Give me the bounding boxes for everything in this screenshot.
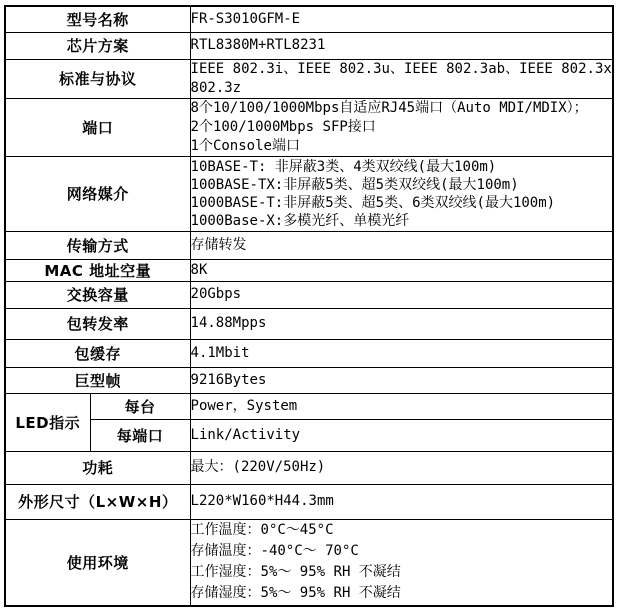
table-row: 包缓存 4.1Mbit	[5, 339, 613, 367]
label-led-indicator: LED指示	[5, 393, 90, 451]
value-line: 最大：(220V/50Hz)	[191, 458, 613, 477]
value-line: 8K	[191, 261, 613, 280]
table-row: 每端口 Link/Activity	[5, 419, 613, 451]
value-chipset: RTL8380M+RTL8231	[190, 32, 613, 59]
value-line: L220*W160*H44.3mm	[191, 492, 613, 511]
value-line: 10BASE-T: 非屏蔽3类、4类双绞线(最大100m)	[191, 158, 613, 176]
value-ports: 8个10/100/1000Mbps自适应RJ45端口（Auto MDI/MDIX…	[190, 98, 613, 156]
table-row: 型号名称 FR-S3010GFM-E	[5, 6, 613, 32]
value-line: 工作湿度：5%～ 95% RH 不凝结	[191, 562, 613, 583]
table-row: 巨型帧 9216Bytes	[5, 367, 613, 393]
value-line: 1个Console端口	[191, 137, 613, 156]
value-model-name: FR-S3010GFM-E	[190, 6, 613, 32]
table-row: 外形尺寸（L×W×H） L220*W160*H44.3mm	[5, 484, 613, 519]
table-row: 包转发率 14.88Mpps	[5, 308, 613, 339]
value-line: 802.3z	[191, 79, 613, 98]
value-line: 工作温度：0°C～45°C	[191, 520, 613, 541]
value-line: 8个10/100/1000Mbps自适应RJ45端口（Auto MDI/MDIX…	[191, 99, 613, 118]
value-line: 4.1Mbit	[191, 344, 613, 363]
value-packet-buffer: 4.1Mbit	[190, 339, 613, 367]
table-row: 芯片方案 RTL8380M+RTL8231	[5, 32, 613, 59]
spec-table: 型号名称 FR-S3010GFM-E 芯片方案 RTL8380M+RTL8231…	[4, 5, 614, 607]
value-line: 1000Base-X:多模光纤、单模光纤	[191, 212, 613, 230]
value-line: 100BASE-TX:非屏蔽5类、超5类双绞线(最大100m)	[191, 176, 613, 194]
value-switching-capacity: 20Gbps	[190, 281, 613, 308]
table-row: 网络媒介 10BASE-T: 非屏蔽3类、4类双绞线(最大100m) 100BA…	[5, 156, 613, 231]
value-line: 9216Bytes	[191, 371, 613, 390]
label-packet-buffer: 包缓存	[5, 339, 190, 367]
value-operating-environment: 工作温度：0°C～45°C 存储温度：-40°C～ 70°C 工作湿度：5%～ …	[190, 519, 613, 606]
table-row: 标准与协议 IEEE 802.3i、IEEE 802.3u、IEEE 802.3…	[5, 59, 613, 98]
value-mac-address-space: 8K	[190, 259, 613, 281]
value-line: 14.88Mpps	[191, 314, 613, 333]
value-line: Power，System	[191, 397, 613, 416]
label-switching-capacity: 交换容量	[5, 281, 190, 308]
value-line: 存储湿度：5%～ 95% RH 不凝结	[191, 583, 613, 604]
value-led-per-port: Link/Activity	[190, 419, 613, 451]
table-row: 端口 8个10/100/1000Mbps自适应RJ45端口（Auto MDI/M…	[5, 98, 613, 156]
value-led-per-unit: Power，System	[190, 393, 613, 419]
spec-sheet: 型号名称 FR-S3010GFM-E 芯片方案 RTL8380M+RTL8231…	[0, 0, 618, 611]
label-power-consumption: 功耗	[5, 451, 190, 484]
label-standards: 标准与协议	[5, 59, 190, 98]
value-line: RTL8380M+RTL8231	[191, 36, 613, 55]
value-line: Link/Activity	[191, 426, 613, 445]
value-line: 20Gbps	[191, 285, 613, 304]
value-jumbo-frame: 9216Bytes	[190, 367, 613, 393]
label-led-per-unit: 每台	[90, 393, 190, 419]
table-row: 传输方式 存储转发	[5, 231, 613, 259]
table-row: 使用环境 工作温度：0°C～45°C 存储温度：-40°C～ 70°C 工作湿度…	[5, 519, 613, 606]
value-dimensions: L220*W160*H44.3mm	[190, 484, 613, 519]
value-network-media: 10BASE-T: 非屏蔽3类、4类双绞线(最大100m) 100BASE-TX…	[190, 156, 613, 231]
value-standards: IEEE 802.3i、IEEE 802.3u、IEEE 802.3ab、IEE…	[190, 59, 613, 98]
label-mac-address-space: MAC 地址空量	[5, 259, 190, 281]
value-line: FR-S3010GFM-E	[191, 10, 613, 29]
value-line: 2个100/1000Mbps SFP接口	[191, 118, 613, 137]
label-jumbo-frame: 巨型帧	[5, 367, 190, 393]
value-power-consumption: 最大：(220V/50Hz)	[190, 451, 613, 484]
table-row: LED指示 每台 Power，System	[5, 393, 613, 419]
label-network-media: 网络媒介	[5, 156, 190, 231]
value-line: 1000BASE-T:非屏蔽5类、超5类、6类双绞线(最大100m)	[191, 194, 613, 212]
label-forwarding-mode: 传输方式	[5, 231, 190, 259]
value-line: 存储转发	[191, 236, 613, 255]
table-row: 交换容量 20Gbps	[5, 281, 613, 308]
label-packet-forwarding-rate: 包转发率	[5, 308, 190, 339]
value-forwarding-mode: 存储转发	[190, 231, 613, 259]
value-line: IEEE 802.3i、IEEE 802.3u、IEEE 802.3ab、IEE…	[191, 60, 613, 79]
label-operating-environment: 使用环境	[5, 519, 190, 606]
value-packet-forwarding-rate: 14.88Mpps	[190, 308, 613, 339]
table-row: 功耗 最大：(220V/50Hz)	[5, 451, 613, 484]
label-chipset: 芯片方案	[5, 32, 190, 59]
table-row: MAC 地址空量 8K	[5, 259, 613, 281]
label-led-per-port: 每端口	[90, 419, 190, 451]
label-ports: 端口	[5, 98, 190, 156]
value-line: 存储温度：-40°C～ 70°C	[191, 541, 613, 562]
label-dimensions: 外形尺寸（L×W×H）	[5, 484, 190, 519]
label-model-name: 型号名称	[5, 6, 190, 32]
